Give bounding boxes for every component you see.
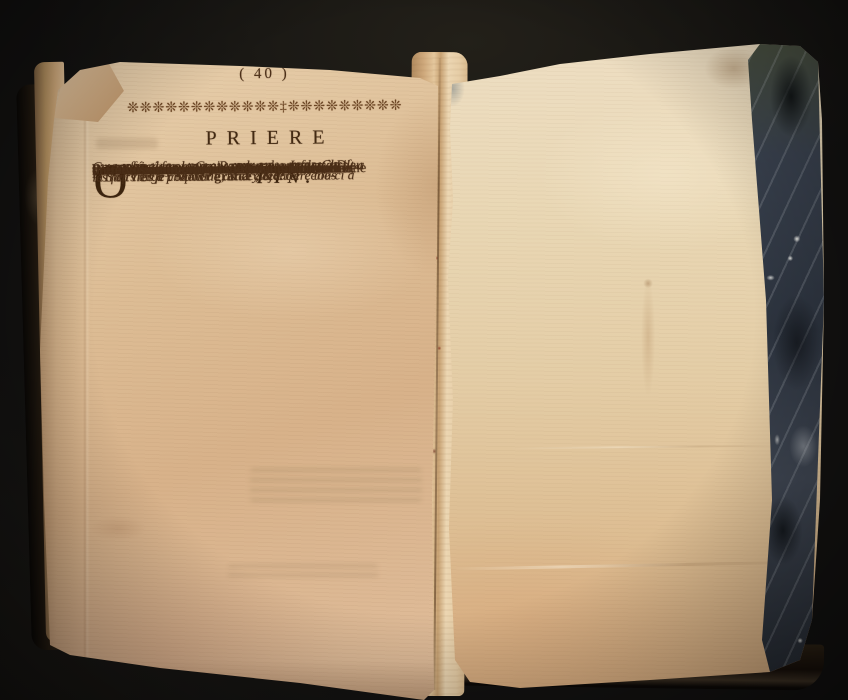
rubric-italic-text: la Ste. Vierge : <box>92 169 175 185</box>
marbled-cover-edge <box>746 38 828 686</box>
photo-antique-book: ( 40 ) ❊❊❊❊❊❊❊❊❊❊❊❊‡❊❊❊❊❊❊❊❊❊ PRIERE Com… <box>0 0 848 700</box>
rubric-roman-text: Mater gratiæ , &c. <box>175 168 282 184</box>
ink-bleedthrough <box>250 468 422 502</box>
right-blank-page <box>440 28 848 700</box>
ornament-band: ❊❊❊❊❊❊❊❊❊❊❊❊‡❊❊❊❊❊❊❊❊❊ <box>92 97 438 117</box>
page-crease <box>452 561 816 571</box>
rubric-line: la Ste. Vierge : Mater gratiæ , &c. <box>92 167 282 186</box>
printed-text-block: ( 40 ) ❊❊❊❊❊❊❊❊❊❊❊❊‡❊❊❊❊❊❊❊❊❊ PRIERE Com… <box>91 60 438 199</box>
page-crease <box>510 445 780 450</box>
left-printed-page: ( 40 ) ❊❊❊❊❊❊❊❊❊❊❊❊‡❊❊❊❊❊❊❊❊❊ PRIERE Com… <box>36 40 446 700</box>
prayer-title: PRIERE <box>92 125 438 151</box>
prayer-subtitle: Compoſée des propres Paroles que Jeſus-C… <box>92 155 438 158</box>
ink-bleedthrough <box>228 564 378 582</box>
page-number: ( 40 ) <box>91 64 437 84</box>
